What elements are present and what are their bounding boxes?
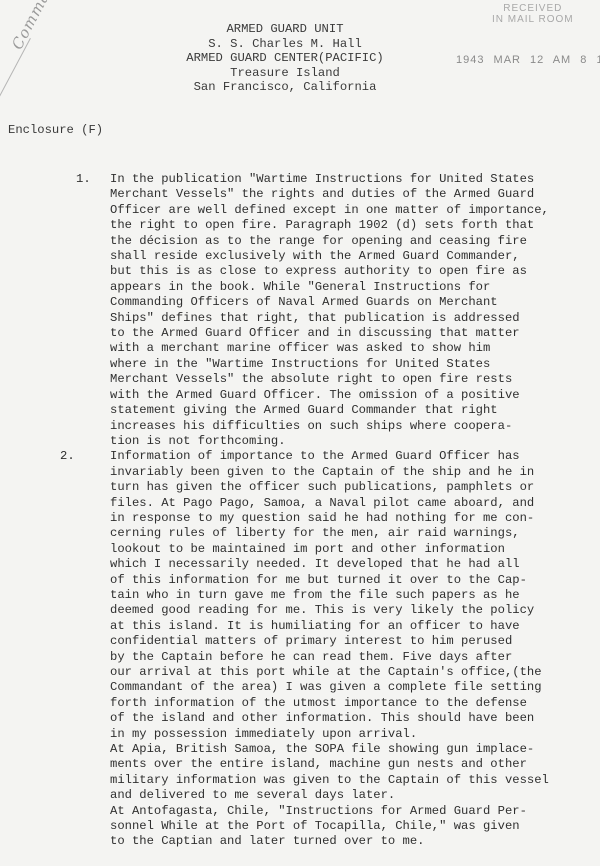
text-line: at this island. It is humiliating for an…	[110, 619, 596, 634]
text-line: of the island and other information. Thi…	[110, 711, 596, 726]
text-line: At Antofagasta, Chile, "Instructions for…	[110, 804, 596, 819]
text-line: but this is as close to express authorit…	[110, 264, 596, 279]
text-line: confidential matters of primary interest…	[110, 634, 596, 649]
text-line: to the Armed Guard Officer and in discus…	[110, 326, 596, 341]
text-line: Merchant Vessels" the absolute right to …	[110, 372, 596, 387]
text-line: where in the "Wartime Instructions for U…	[110, 357, 596, 372]
text-line: At Apia, British Samoa, the SOPA file sh…	[110, 742, 596, 757]
text-line: Commanding Officers of Naval Armed Guard…	[110, 295, 596, 310]
text-line: military information was given to the Ca…	[110, 773, 596, 788]
document-page: Commandet RECEIVED IN MAIL ROOM 1943 MAR…	[0, 0, 600, 866]
text-line: statement giving the Armed Guard Command…	[110, 403, 596, 418]
text-line: lookout to be maintained im port and oth…	[110, 542, 596, 557]
letterhead-line: ARMED GUARD CENTER(PACIFIC)	[155, 51, 415, 66]
text-line: ments over the entire island, machine gu…	[110, 757, 596, 772]
text-line: with a merchant marine officer was asked…	[110, 341, 596, 356]
text-line: Information of importance to the Armed G…	[110, 449, 596, 464]
text-line: our arrival at this port while at the Ca…	[110, 665, 596, 680]
text-line: and delivered to me several days later.	[110, 788, 596, 803]
received-stamp: RECEIVED IN MAIL ROOM	[492, 3, 574, 25]
text-line: Merchant Vessels" the rights and duties …	[110, 187, 596, 202]
text-line: cerning rules of liberty for the men, ai…	[110, 526, 596, 541]
letterhead-line: Treasure Island	[155, 66, 415, 81]
letterhead: ARMED GUARD UNITS. S. Charles M. HallARM…	[155, 22, 415, 95]
text-line: deemed good reading for me. This is very…	[110, 603, 596, 618]
document-body: 1.In the publication "Wartime Instructio…	[76, 172, 596, 850]
text-line: to the Captian and later turned over to …	[110, 834, 596, 849]
paragraph-1: 1.In the publication "Wartime Instructio…	[76, 172, 596, 449]
text-line: Ships" defines that right, that publicat…	[110, 311, 596, 326]
received-stamp-line2: IN MAIL ROOM	[492, 14, 574, 25]
text-line: files. At Pago Pago, Samoa, a Naval pilo…	[110, 496, 596, 511]
text-line: appears in the book. While "General Inst…	[110, 280, 596, 295]
text-line: with the Armed Guard Officer. The omissi…	[110, 388, 596, 403]
text-line: turn has given the officer such publicat…	[110, 480, 596, 495]
text-line: invariably been given to the Captain of …	[110, 465, 596, 480]
text-line: the right to open fire. Paragraph 1902 (…	[110, 218, 596, 233]
letterhead-line: S. S. Charles M. Hall	[155, 37, 415, 52]
text-line: in response to my question said he had n…	[110, 511, 596, 526]
text-line: the décision as to the range for opening…	[110, 234, 596, 249]
paragraph-2: 2.Information of importance to the Armed…	[60, 449, 596, 850]
paragraph-number: 1.	[76, 172, 91, 187]
text-line: increases his difficulties on such ships…	[110, 419, 596, 434]
received-stamp-line1: RECEIVED	[492, 3, 574, 14]
letterhead-line: San Francisco, California	[155, 80, 415, 95]
text-line: in my possession immediately upon arriva…	[110, 727, 596, 742]
text-line: by the Captain before he can read them. …	[110, 650, 596, 665]
text-line: forth information of the utmost importan…	[110, 696, 596, 711]
text-line: which I necessarily needed. It developed…	[110, 557, 596, 572]
paragraph-number: 2.	[60, 449, 75, 464]
text-line: Officer are well defined except in one m…	[110, 203, 596, 218]
letterhead-line: ARMED GUARD UNIT	[155, 22, 415, 37]
text-line: Commandant of the area) I was given a co…	[110, 680, 596, 695]
text-line: tion is not forthcoming.	[110, 434, 596, 449]
handwritten-note: Commandet	[8, 0, 71, 52]
text-line: In the publication "Wartime Instructions…	[110, 172, 596, 187]
enclosure-label: Enclosure (F)	[8, 123, 103, 137]
text-line: tain who in turn gave me from the file s…	[110, 588, 596, 603]
date-stamp: 1943 MAR 12 AM 8 11	[456, 54, 600, 66]
text-line: of this information for me but turned it…	[110, 573, 596, 588]
text-line: shall reside exclusively with the Armed …	[110, 249, 596, 264]
text-line: sonnel While at the Port of Tocapilla, C…	[110, 819, 596, 834]
